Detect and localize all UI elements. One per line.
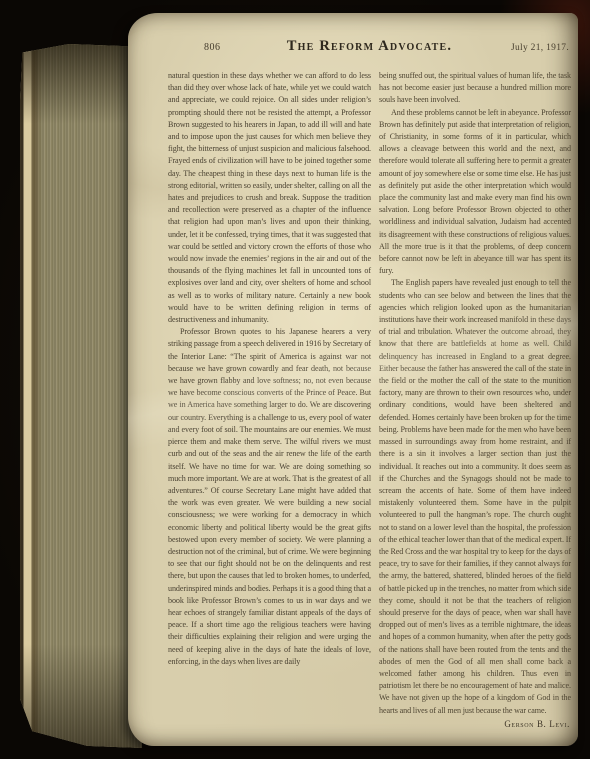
paragraph: The English papers have revealed just en… (379, 277, 571, 716)
book-page-edges (20, 44, 142, 748)
article-body: natural question in these days whether w… (168, 70, 571, 729)
magazine-page: 806 The Reform Advocate. July 21, 1917. … (128, 13, 578, 746)
author-signature: Gerson B. Levi. (379, 719, 571, 729)
page-content: 806 The Reform Advocate. July 21, 1917. … (168, 35, 571, 736)
paragraph: natural question in these days whether w… (168, 70, 371, 326)
book-scan-photo: 806 The Reform Advocate. July 21, 1917. … (0, 0, 590, 759)
column-left: natural question in these days whether w… (168, 70, 371, 729)
page-number: 806 (204, 42, 221, 53)
column-right: being snuffed out, the spiritual values … (379, 70, 571, 729)
paragraph: And these problems cannot be left in abe… (379, 107, 571, 278)
paragraph: being snuffed out, the spiritual values … (379, 70, 571, 107)
paragraph: Professor Brown quotes to his Japanese h… (168, 326, 371, 668)
issue-date: July 21, 1917. (511, 43, 569, 53)
running-header: 806 The Reform Advocate. July 21, 1917. (168, 35, 571, 63)
